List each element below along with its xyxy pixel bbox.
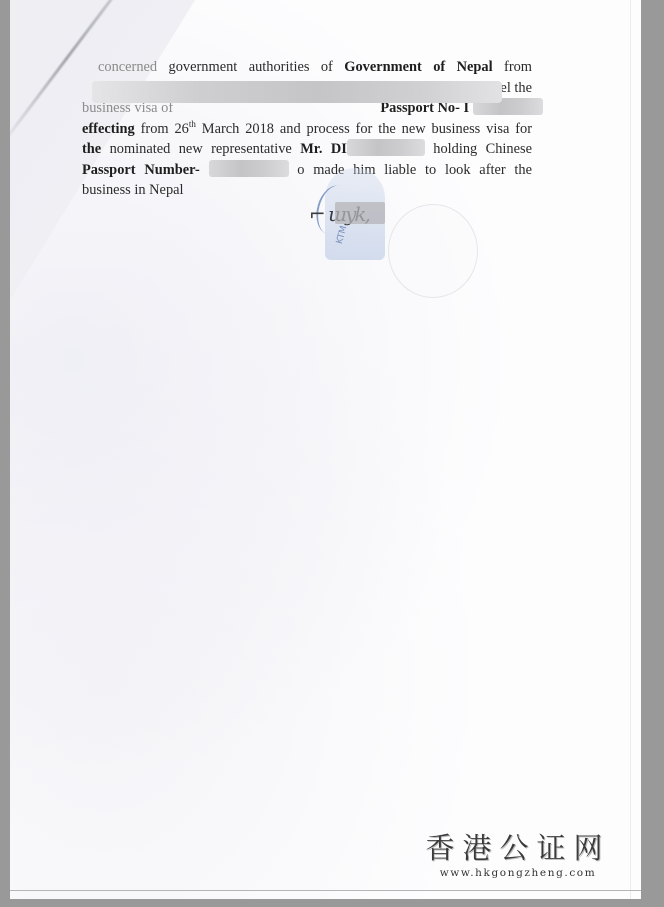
redacted-passport-number-2 xyxy=(209,160,289,177)
bold-text: Mr. DI xyxy=(300,141,347,157)
text-line-5: the nominated new representative Mr. DI … xyxy=(82,139,532,160)
watermark: 香港公证网 www.hkgongzheng.com xyxy=(423,831,613,879)
watermark-title: 香港公证网 xyxy=(423,831,613,865)
text-line-4: effecting from 26th March 2018 and proce… xyxy=(82,119,532,140)
faint-round-seal xyxy=(388,204,478,298)
redacted-signature xyxy=(335,202,385,224)
text-fragment: from 26 xyxy=(135,121,189,137)
redacted-company-block xyxy=(92,81,502,103)
text-fragment: business in Nepal xyxy=(82,182,184,198)
signature-and-stamp: KTM ⌐ ɯyk, xyxy=(295,160,495,300)
page-bottom-edge xyxy=(10,890,641,891)
bold-text: effecting xyxy=(82,121,135,137)
text-fragment: March 2018 and process for the new busin… xyxy=(196,121,532,137)
superscript: th xyxy=(189,119,196,129)
bold-text: the xyxy=(82,141,101,157)
text-fragment: nominated new representative xyxy=(101,141,300,157)
text-fragment: from xyxy=(493,59,532,75)
watermark-url: www.hkgongzheng.com xyxy=(423,867,613,879)
text-fragment: holding Chinese xyxy=(425,141,532,157)
bold-text: Government of Nepal xyxy=(344,59,492,75)
text-fragment: government authorities of xyxy=(157,59,344,75)
bold-text: Passport Number- xyxy=(82,162,200,178)
page-right-edge xyxy=(630,0,631,899)
text-fragment: concerned xyxy=(98,59,157,75)
scanned-page: concerned government authorities of Gove… xyxy=(10,0,641,899)
text-line-1: concerned government authorities of Gove… xyxy=(82,57,532,78)
redacted-representative-name xyxy=(347,139,425,156)
